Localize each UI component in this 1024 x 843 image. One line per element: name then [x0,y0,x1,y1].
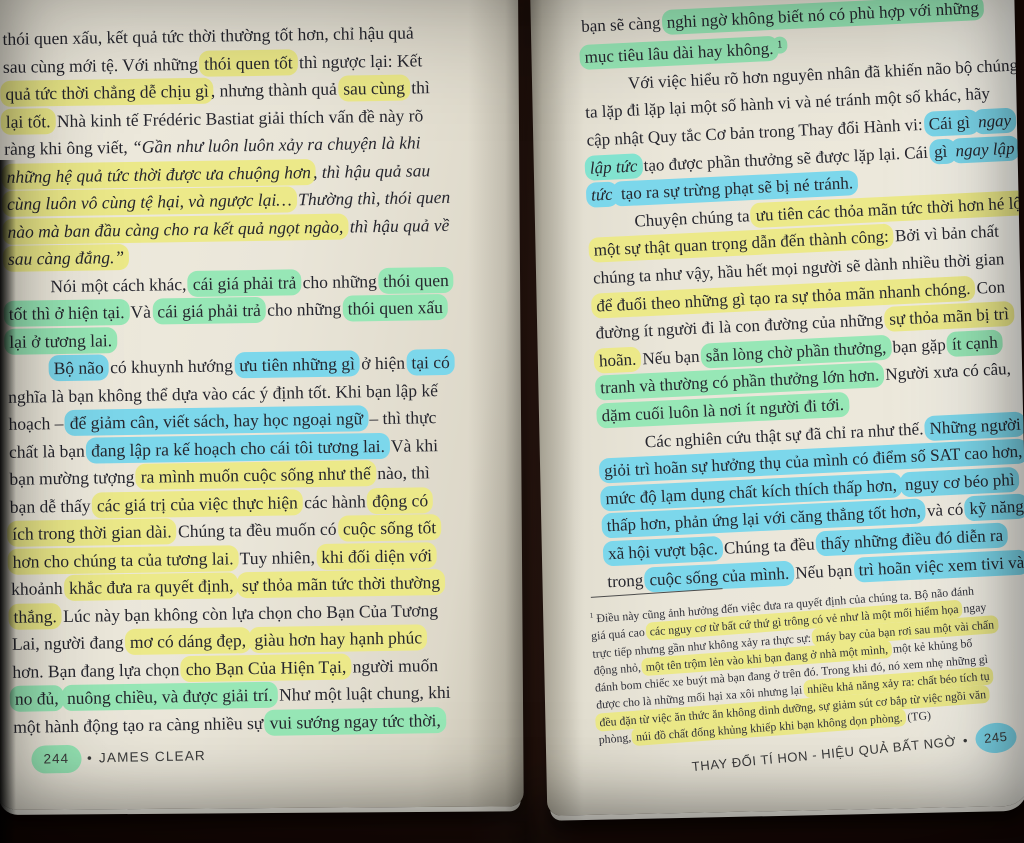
highlighted-text: cái giá phải trả [152,297,266,325]
text-segment: cho những [298,270,381,291]
footer-bullet-left: • [87,750,93,765]
text-segment: nào, thì [373,462,430,483]
text-segment: thì [407,77,430,97]
highlighted-text: lại tốt. [1,108,56,135]
highlighted-text: động có [367,487,433,514]
running-header-right: THAY ĐỔI TÍ HON - HIỆU QUẢ BẤT NGỜ [691,734,957,774]
highlighted-text: ngay [972,108,1016,135]
text-segment: Con [972,277,1005,298]
highlighted-text: sự thỏa mãn bị trì [884,301,1015,332]
highlighted-text: các giá trị của việc thực hiện [92,489,303,518]
page-right-footnote: 1 Điều này cũng ảnh hưởng đến việc đưa r… [589,574,1024,749]
highlighted-text: mơ có dáng đẹp, [125,627,252,655]
highlighted-text: ưu tiên những gì [234,350,360,378]
text-segment: Nếu bạn [791,560,857,582]
highlighted-text: vui sướng ngay tức thời, [264,707,446,736]
highlighted-text: xã hội vượt bậc. [602,536,723,567]
text-segment: Chúng ta đều muốn có [174,519,341,542]
page-right-text: bạn sẽ càng nghi ngờ không biết nó có ph… [581,0,1024,595]
highlighted-text: sau càng đắng.” [3,244,130,272]
text-segment: ở hiện [357,353,410,374]
text-segment: (TG) [904,708,932,724]
text-segment: “Gần như luôn luôn xảy ra chuyện là khi [132,132,421,157]
highlighted-text: cùng luôn vô cùng tệ hại, và ngược lại… [2,186,297,217]
text-segment: bạn gặp [888,335,951,357]
text-segment: hơn. Bạn đang lựa chọn [12,659,184,682]
text-segment: bạn dễ thấy [10,495,95,516]
text-segment: bạn mường tượng [9,467,139,489]
text-segment: trong [607,570,648,591]
text-segment: sau cùng mới tệ. Với những [3,53,203,76]
text-segment: Và khi [387,435,439,456]
highlighted-text: giàu hơn hay hạnh phúc [249,624,427,653]
text-segment: Như một luật chung, khi [275,682,451,705]
highlighted-text: khắc đưa ra quyết định, [64,572,239,601]
text-segment: hoạch – [8,413,68,434]
highlighted-text: Những người [924,411,1024,441]
page-number-right: 245 [974,721,1018,755]
text-segment: Chuyện chúng ta [634,206,754,231]
highlighted-text: thói quen tốt [199,49,298,77]
text-segment: thì ngược lại: Kết [294,50,422,72]
highlighted-text: nào mà ban đầu càng cho ra kết quả ngọt … [2,213,348,244]
text-segment: Người xưa có câu, [881,359,1012,384]
highlighted-text: hoãn. [593,346,641,373]
highlighted-text: ra mình muốn cuộc sống như thế [136,460,377,490]
highlighted-text: tại có [406,349,455,376]
text-segment: Thường thì, thói quen [294,187,451,209]
text-segment: động nhỏ, [593,660,644,678]
text-segment: Nhà kinh tế Frédéric Bastiat giải thích … [52,105,423,131]
book-page-left: thói quen xấu, kết quả tức thời thường t… [0,0,524,810]
highlighted-text: quả tức thời chẳng dễ chịu gì [0,78,214,107]
highlighted-text: nguy cơ béo phì [899,467,1020,498]
text-segment: Nói một cách khác, [50,273,191,295]
text-segment: nghĩa là bạn không thể dựa vào các ý địn… [8,380,438,407]
text-segment: Tuy nhiên, [235,547,319,568]
highlighted-text: ít cạnh [946,329,1003,357]
text-segment: Và [126,302,155,322]
book-photo: thói quen xấu, kết quả tức thời thường t… [0,0,1024,843]
text-segment: Lúc này bạn không còn lựa chọn cho Bạn C… [59,600,439,626]
book-page-right: bạn sẽ càng nghi ngờ không biết nó có ph… [530,0,1024,816]
highlighted-text: cho Bạn Của Hiện Tại, [181,653,352,682]
page-number-left: 244 [31,745,81,774]
text-segment: khoảnh [11,578,67,599]
highlighted-text: Bộ não [48,354,108,381]
highlighted-text: kỹ năng [964,494,1024,522]
highlighted-text: cuộc sống tốt [338,514,442,542]
highlighted-text: khi đối diện với [316,542,437,570]
text-segment: Nếu bạn [638,346,704,368]
text-segment: Lai, người đang [12,632,128,654]
highlighted-text: thói quen xấu [342,294,448,322]
highlighted-text: thói quen [378,266,454,293]
text-segment: , thì hậu quả sau [313,160,430,182]
highlighted-text: đang lập ra kế hoạch cho cái tôi tương l… [86,432,390,463]
text-segment: các hành [300,491,371,512]
highlighted-text: 1 [772,36,788,54]
running-header-left: JAMES CLEAR [99,748,206,765]
highlighted-text: sau cùng [338,75,410,102]
text-segment: cho những [263,299,346,320]
highlighted-text: nuông chiều, và được giải trí. [62,682,278,711]
text-segment: Bởi vì bản chất [890,222,999,246]
text-segment: phòng, [598,730,634,747]
highlighted-text: thắng. [8,603,62,630]
highlighted-text: lập tức [584,153,643,181]
text-segment: chất là bạn [9,440,89,461]
page-left-text: thói quen xấu, kết quả tức thời thường t… [2,18,518,741]
highlighted-text: Cái gì [923,109,979,137]
text-segment: một hành động tạo ra càng nhiều sự [13,712,268,736]
text-segment: bạn sẽ càng [581,13,665,36]
highlighted-text: những hệ quả tức thời được ưa chuộng hơn [1,159,316,190]
text-segment: Chúng ta đều [719,534,819,558]
text-segment: , nhưng thành quả [211,79,342,101]
text-segment: giá quá cao [591,625,649,643]
footer-bullet-right: • [962,733,969,748]
text-segment: có khuynh hướng [106,355,238,377]
highlighted-text: tốt thì ở hiện tại. [4,299,130,327]
text-segment: ràng khi ông viết, [4,137,132,159]
highlighted-text: cái giá phải trả [188,269,302,297]
highlighted-text: để giảm cân, viết sách, hay học ngoại ng… [65,405,369,436]
highlighted-text: ngay lập [950,135,1020,163]
highlighted-text: sự thỏa mãn tức thời thường [237,569,446,598]
text-segment: người muốn [348,655,438,676]
page-left-footer: 244•JAMES CLEAR [31,748,206,767]
highlighted-text: lại ở tương lai. [4,327,117,355]
text-segment: thói quen xấu, kết quả tức thời thường t… [2,22,414,48]
highlighted-text: ích trong thời gian dài. [7,518,177,547]
highlighted-text: hơn cho chúng ta của tương lai. [7,545,238,575]
text-segment: và có [922,500,968,521]
text-segment: thì hậu quả về [345,214,449,236]
text-segment: – thì thực [365,407,437,428]
text-segment: ngay [960,600,987,616]
highlighted-text: no đủ, [10,685,64,712]
